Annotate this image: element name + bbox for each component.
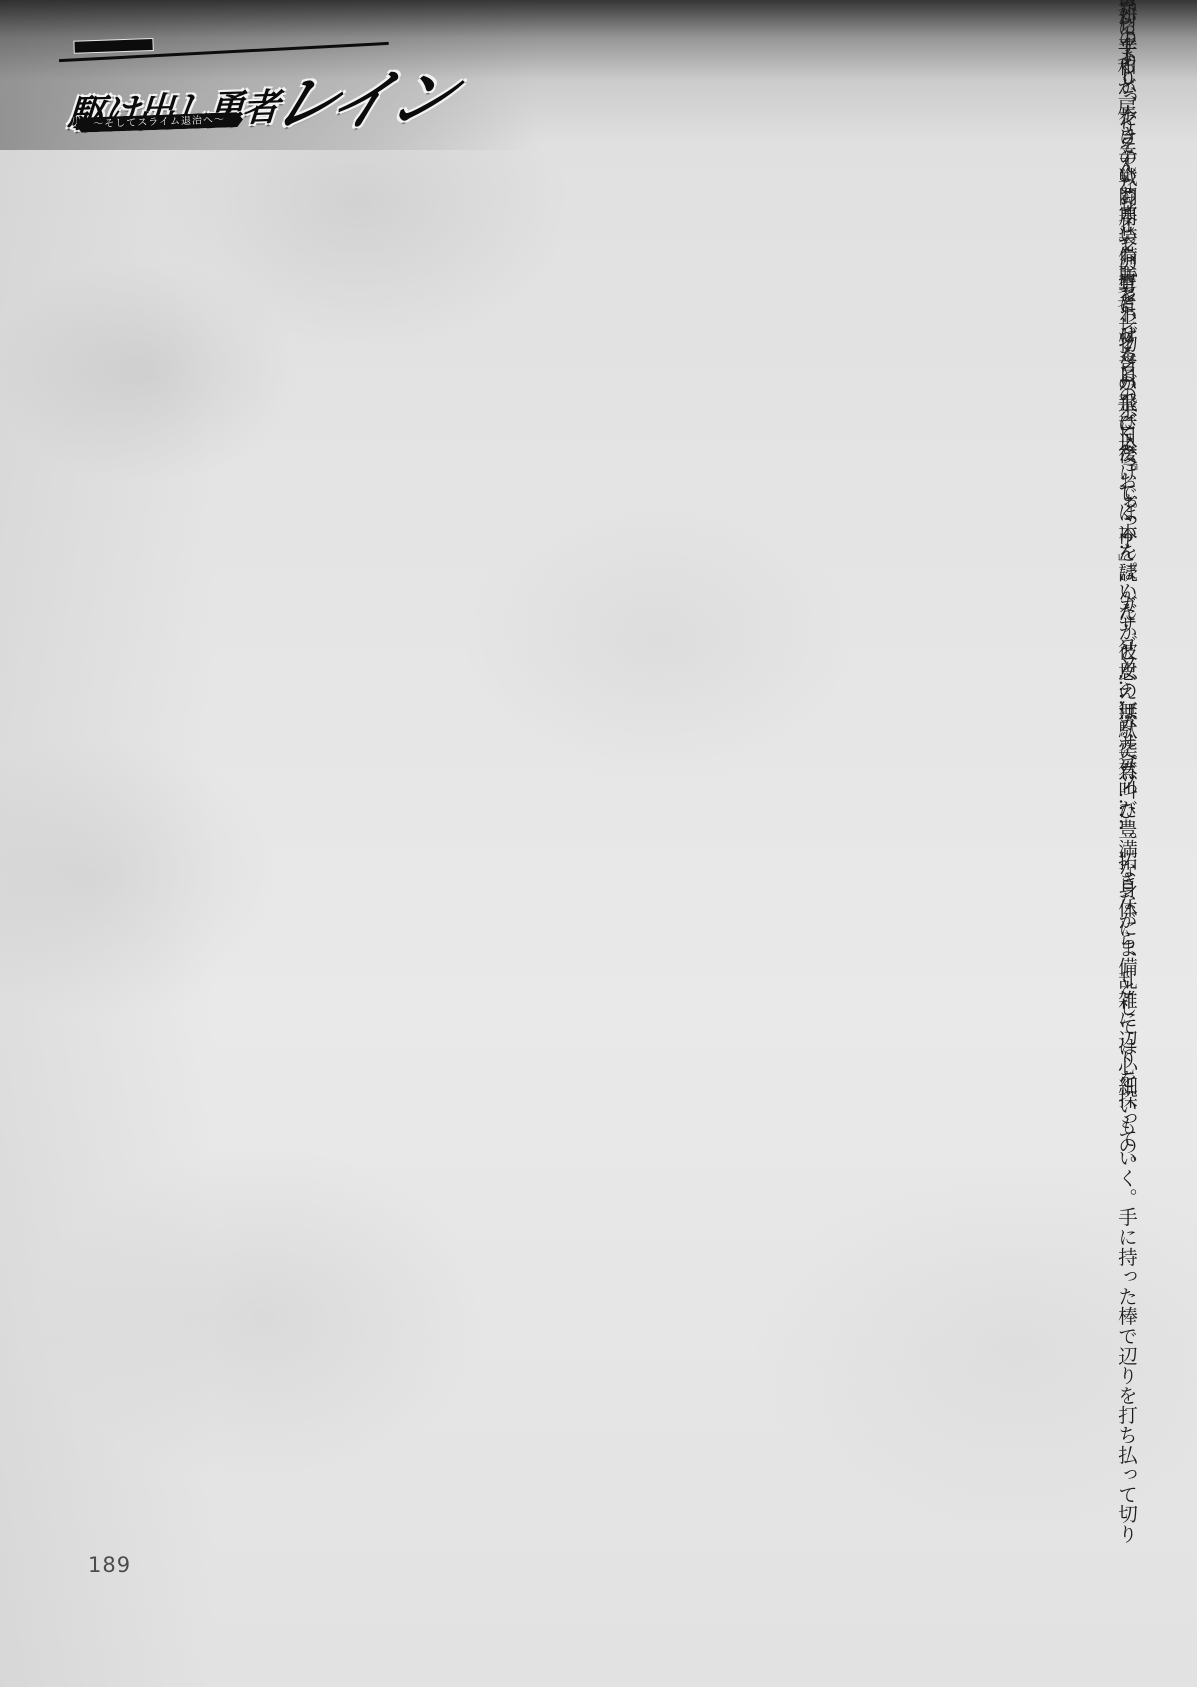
text-band-3: 備としては心細いもの。 彼女の無駄に育った豊満な身体にまとわせると、歩くだけでぽ…: [70, 833, 1142, 1175]
text-column: 拓きながら、乱雑に辺りを探っていく。: [1111, 851, 1142, 1207]
text-band-4: 手に持った棒で辺りを打ち払って切り拓きながら、乱雑に辺りを探っていく。 ガサゴソ…: [70, 1188, 1142, 1544]
text-column: ガサゴソ……ガサゴソ……。: [1111, 574, 1142, 851]
text-column: 「おぉっ⁉」: [1111, 451, 1142, 573]
text-band-1: 〜こうして、勇者レインの手によって魔王は滅ぼされ、世界に平和が戻りました。勇者レ…: [70, 134, 1142, 472]
novel-text-area: 〜こうして、勇者レインの手によって魔王は滅ぼされ、世界に平和が戻りました。勇者レ…: [70, 0, 1142, 1687]
text-column: 手に持った棒で辺りを打ち払って切り: [1111, 1207, 1142, 1544]
series-logo: 駆け出し勇者レイン 〜そしてスライム退治へ〜: [58, 28, 421, 141]
text-column: そんなレインの耳に、物音が飛び込: [1111, 115, 1142, 452]
text-band-2: しく本を読んだかと思えば、突然叫び声を上げた日の二日後。 彼女は村のありったけの…: [70, 476, 1142, 820]
text-column: んできた。この音の感じからすると、: [1111, 0, 1142, 115]
page-number: 189: [88, 1553, 131, 1577]
logo-title-name: レイン: [260, 46, 470, 145]
